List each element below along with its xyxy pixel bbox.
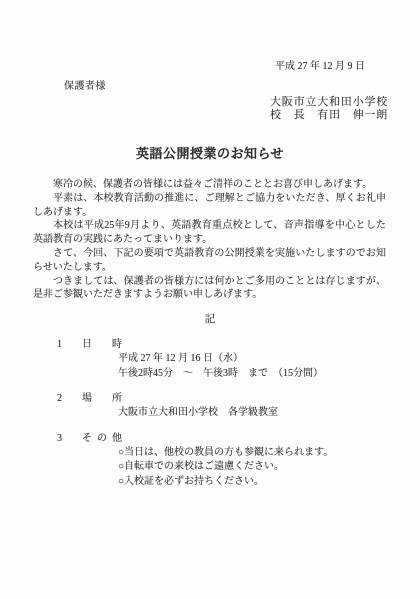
item-other: 3 その他 ○当日は、他校の教員の方も参観に来られます。 ○自転車での来校はご遠…: [57, 431, 420, 490]
letter-paragraph: さて、今回、下記の要項で英語教育の公開授業を実施いたしますのでお知らせいたします…: [33, 247, 386, 275]
letter-addressee: 保護者様: [64, 80, 420, 93]
letter-paragraph: 本校は平成25年9月より、英語教育重点校として、音声指導を中心とした英語教育の実…: [33, 219, 386, 247]
scanned-letter-page: 平成 27 年 12 月 9 日 保護者様 大阪市立大和田小学校 校 長 有田 …: [0, 0, 420, 599]
notice-items: 1 日 時 平成 27 年 12 月 16 日（水） 午後2時45分 ～ 午後3…: [57, 337, 420, 489]
letter-paragraph: 平素は、本校教育活動の推進に、ご理解とご協力をいただき、厚くお礼申しあげます。: [33, 192, 386, 220]
letter-paragraph: 寒冷の候、保護者の皆様には益々ご清祥のこととお喜び申しあげます。: [33, 178, 386, 192]
letter-body: 寒冷の候、保護者の皆様には益々ご清祥のこととお喜び申しあげます。 平素は、本校教…: [33, 178, 386, 302]
item-place: 2 場 所 大阪市立大和田小学校 各学級教室: [57, 391, 420, 421]
letter-paragraph: つきましては、保護者の皆様方には何かとご多用のこととは存じますが、是非ご参観いた…: [33, 275, 386, 303]
record-marker: 記: [0, 313, 420, 327]
sender-principal: 校 長 有田 伸一朗: [0, 109, 388, 122]
item-other-note-2: ○自転車での来校はご遠慮ください。: [118, 460, 420, 475]
item-other-label: 3 その他: [57, 431, 420, 446]
item-place-label: 2 場 所: [57, 391, 420, 406]
item-place-value: 大阪市立大和田小学校 各学級教室: [118, 406, 420, 421]
item-datetime-time: 午後2時45分 ～ 午後3時 まで （15分間）: [118, 367, 420, 382]
letter-date: 平成 27 年 12 月 9 日: [0, 0, 420, 73]
letter-title: 英語公開授業のお知らせ: [0, 144, 420, 163]
item-other-note-3: ○入校証を必ずお持ちください。: [118, 475, 420, 490]
item-datetime-label: 1 日 時: [57, 337, 420, 352]
item-datetime-date: 平成 27 年 12 月 16 日（水）: [118, 352, 420, 367]
item-datetime-details: 平成 27 年 12 月 16 日（水） 午後2時45分 ～ 午後3時 まで （…: [118, 352, 420, 381]
item-other-details: ○当日は、他校の教員の方も参観に来られます。 ○自転車での来校はご遠慮ください。…: [118, 446, 420, 490]
item-other-note-1: ○当日は、他校の教員の方も参観に来られます。: [118, 446, 420, 461]
sender-school: 大阪市立大和田小学校: [0, 96, 388, 109]
item-place-details: 大阪市立大和田小学校 各学級教室: [118, 406, 420, 421]
sender-block: 大阪市立大和田小学校 校 長 有田 伸一朗: [0, 96, 420, 122]
item-datetime: 1 日 時 平成 27 年 12 月 16 日（水） 午後2時45分 ～ 午後3…: [57, 337, 420, 381]
